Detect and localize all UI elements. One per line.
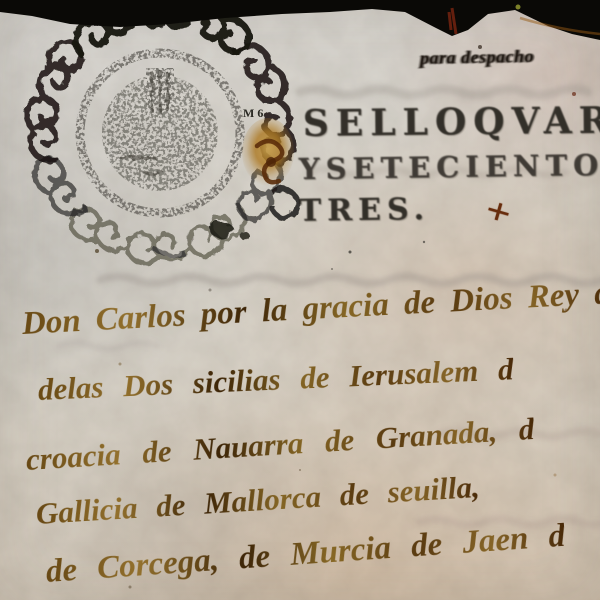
manuscript-page: 84 M6 para despacho SELLOQVARTO YSETECIE… (0, 0, 600, 600)
stamp-text-line-1: SELLOQVARTO (303, 99, 600, 145)
manuscript-line-4: Gallicia de Mallorca de seuilla, (35, 469, 481, 532)
manuscript-line-3: croacia de Nauarra de Granada, d (25, 411, 535, 478)
manuscript-line-2: delas Dos sicilias de Ierusalem d (37, 351, 514, 408)
cross-mark: + (481, 187, 517, 236)
top-right-annotation: para despacho (420, 46, 534, 69)
wax-stain (235, 112, 305, 197)
stamp-text-line-3: TRES. (299, 192, 431, 229)
manuscript-line-5: de Corcega, de Murcia de Jaen d (45, 518, 567, 591)
seal-number: 84 (146, 8, 168, 24)
stamp-text-line-2: YSETECIENTOS (299, 148, 600, 187)
